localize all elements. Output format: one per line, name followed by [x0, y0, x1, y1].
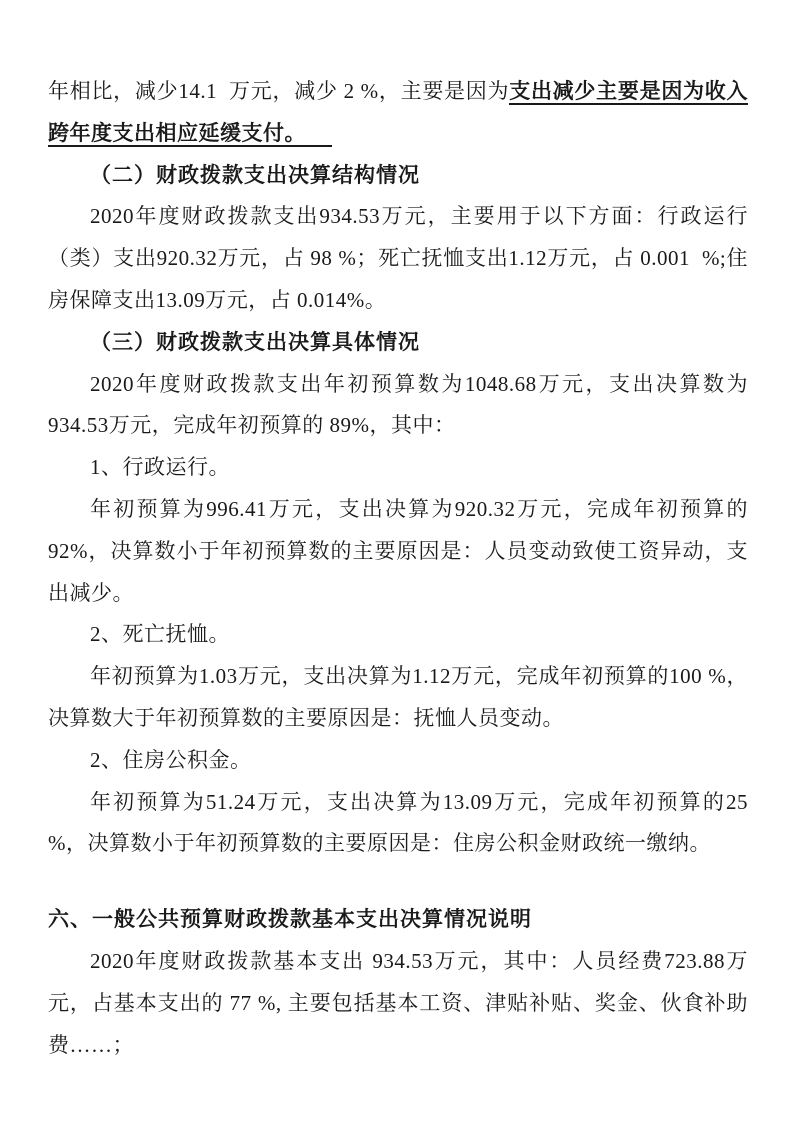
- document-page: 年相比，减少14.1 万元，减少 2 %，主要是因为支出减少主要是因为收入跨年度…: [0, 0, 793, 1122]
- budget-item-3-detail: 年初预算为51.24万元，支出决算为13.09万元，完成年初预算的25 %，决算…: [48, 782, 748, 866]
- paragraph-continuation: 年相比，减少14.1 万元，减少 2 %，主要是因为支出减少主要是因为收入跨年度…: [48, 71, 748, 155]
- budget-item-2-title: 2、死亡抚恤。: [48, 614, 748, 656]
- section-6-body: 2020年度财政拨款基本支出 934.53万元，其中：人员经费723.88万元，…: [48, 941, 748, 1066]
- section-2-heading: （二）财政拨款支出决算结构情况: [48, 155, 748, 197]
- budget-item-1-title: 1、行政运行。: [48, 447, 748, 489]
- section-2-body: 2020年度财政拨款支出934.53万元，主要用于以下方面：行政运行（类）支出9…: [48, 196, 748, 321]
- budget-item-2-detail: 年初预算为1.03万元，支出决算为1.12万元，完成年初预算的100 %，决算数…: [48, 656, 748, 740]
- section-3-heading: （三）财政拨款支出决算具体情况: [48, 322, 748, 364]
- continuation-normal-text: 年相比，减少14.1 万元，减少 2 %，主要是因为: [48, 79, 509, 103]
- section-6-heading: 六、一般公共预算财政拨款基本支出决算情况说明: [48, 899, 748, 941]
- budget-item-1-detail: 年初预算为996.41万元，支出决算为920.32万元，完成年初预算的92%，决…: [48, 489, 748, 614]
- section-3-intro: 2020年度财政拨款支出年初预算数为1048.68万元，支出决算数为934.53…: [48, 364, 748, 448]
- budget-item-3-title: 2、住房公积金。: [48, 740, 748, 782]
